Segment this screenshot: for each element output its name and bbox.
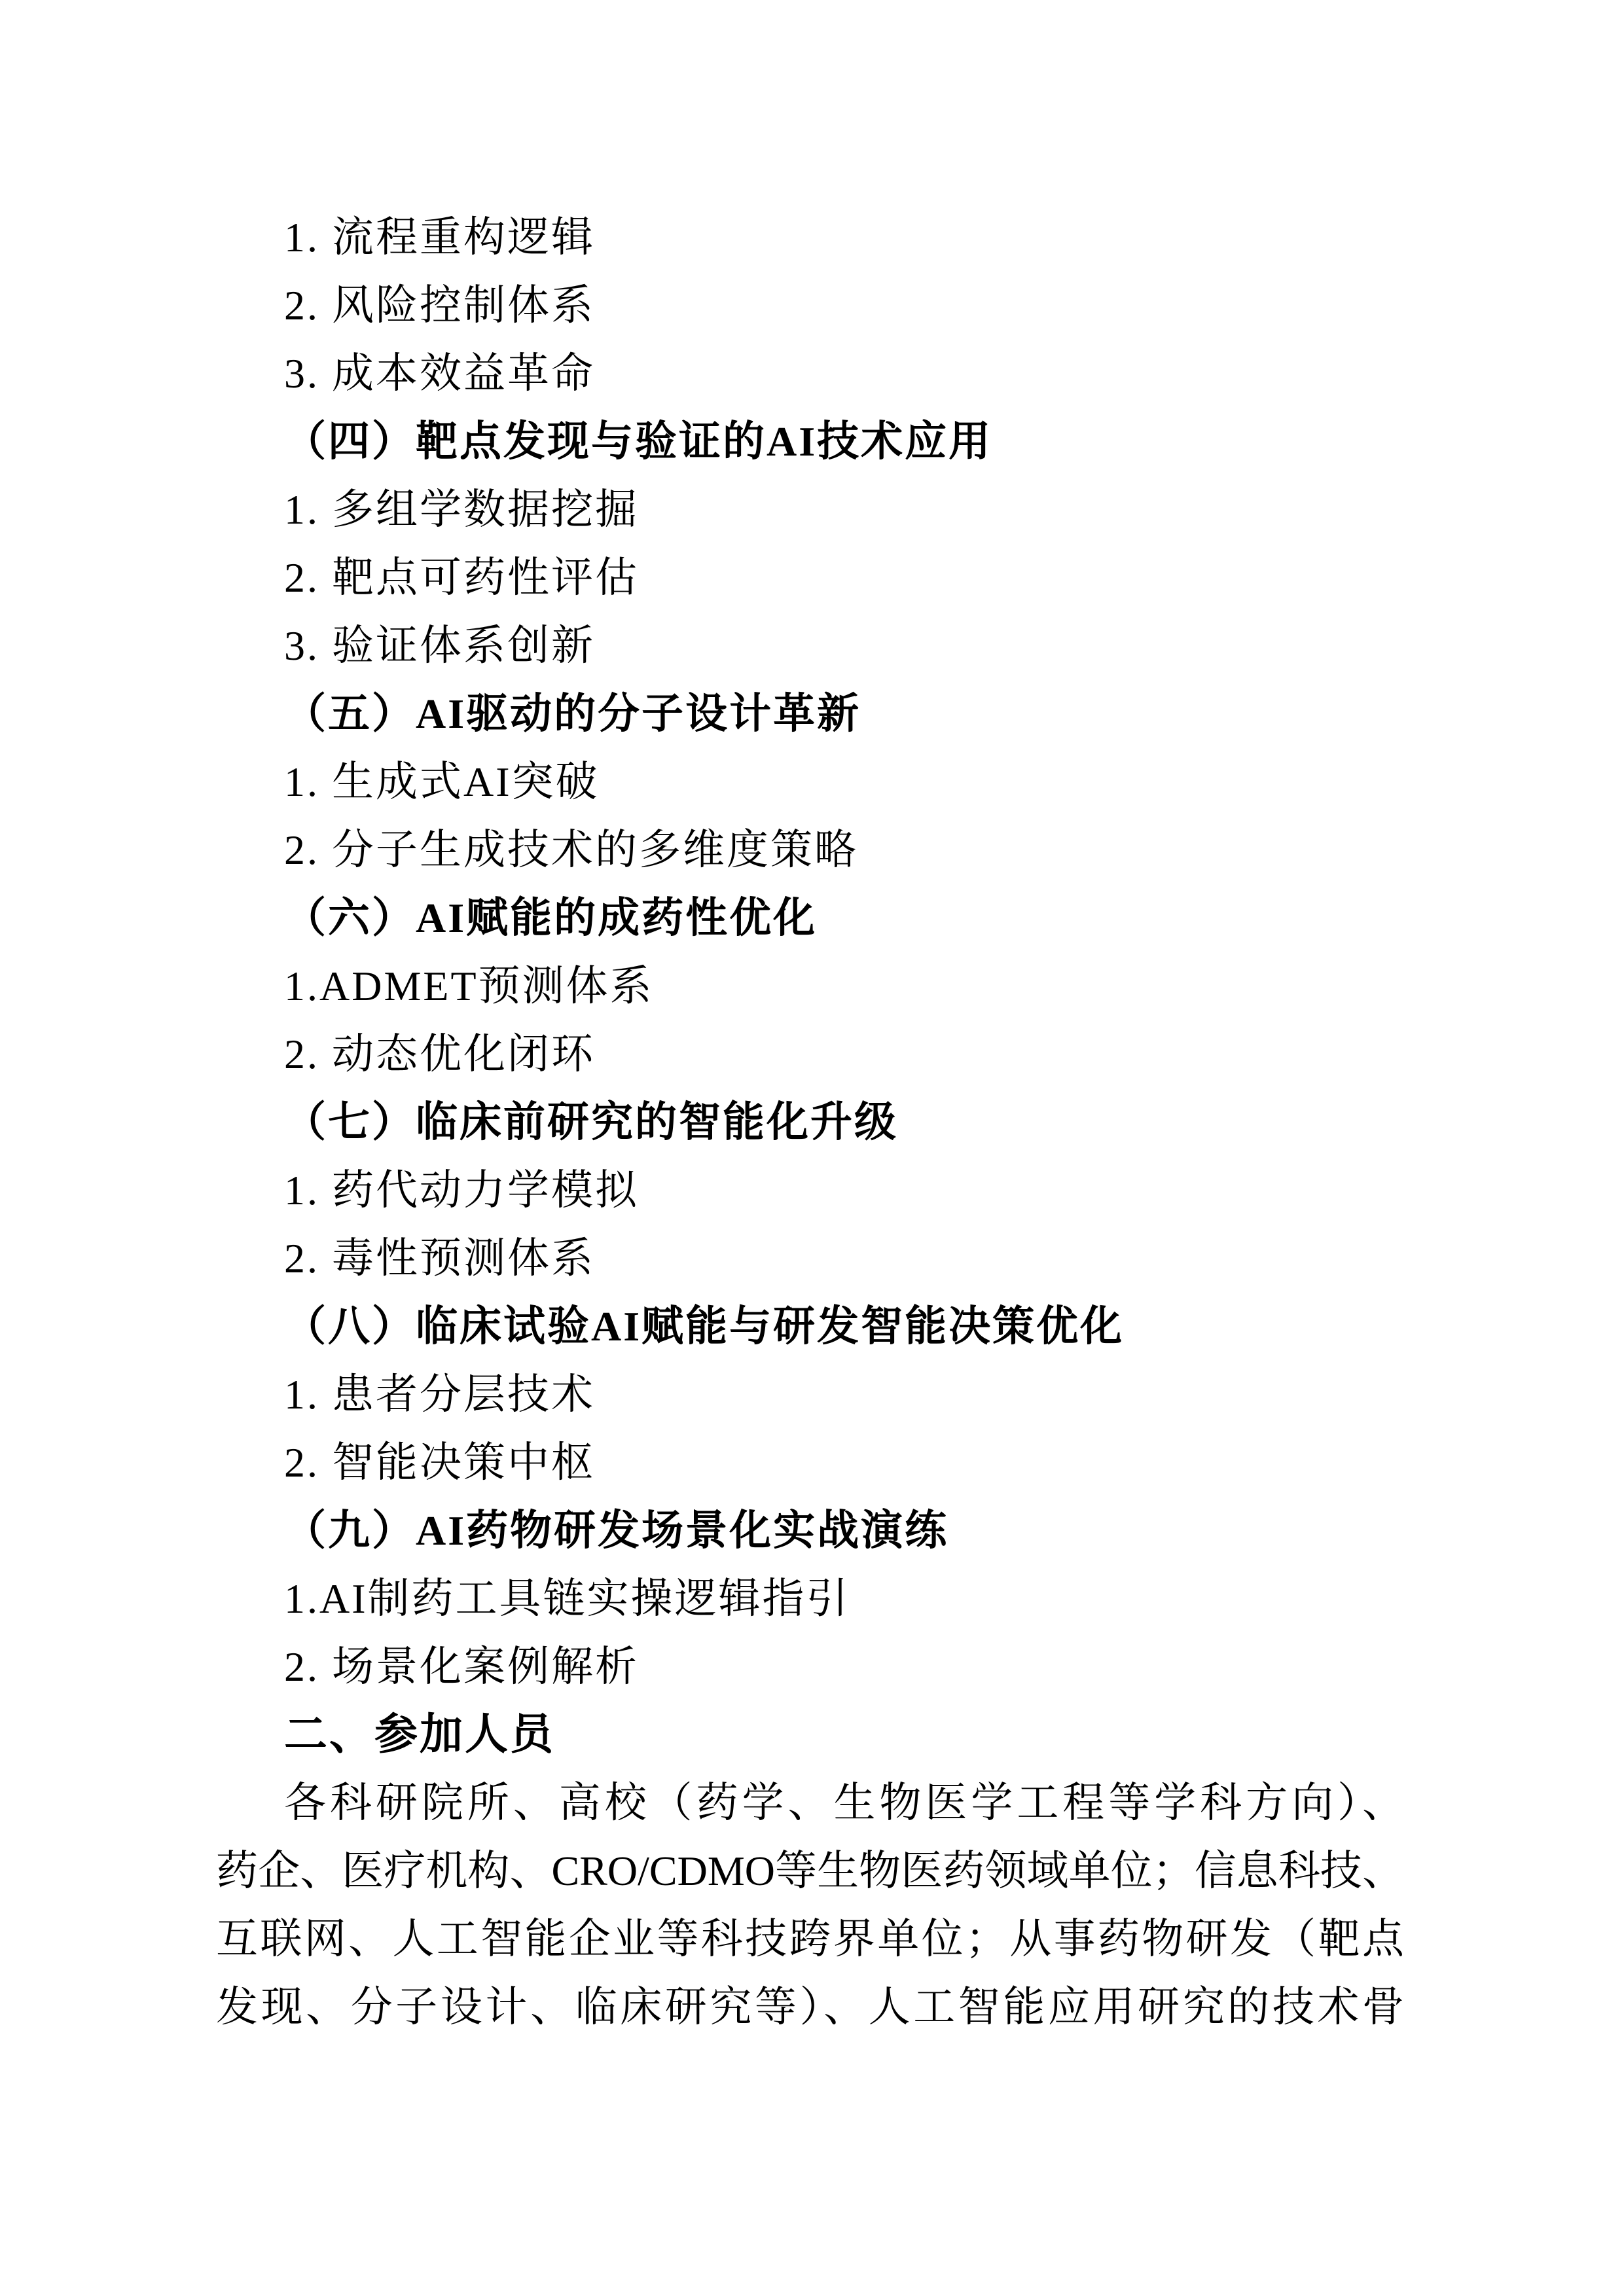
outline-item: 2. 分子生成技术的多维度策略 (216, 816, 1404, 884)
outline-item: 3. 成本效益革命 (216, 340, 1404, 408)
section-heading: （六）AI赋能的成药性优化 (216, 884, 1404, 952)
section-heading: （五）AI驱动的分子设计革新 (216, 680, 1404, 748)
outline-item: 2. 风险控制体系 (216, 272, 1404, 340)
chapter-heading: 二、参加人员 (216, 1701, 1404, 1769)
outline-item: 1. 患者分层技术 (216, 1361, 1404, 1429)
outline-item: 1.AI制药工具链实操逻辑指引 (216, 1565, 1404, 1633)
outline-item: 2. 靶点可药性评估 (216, 544, 1404, 612)
section-heading: （七）临床前研究的智能化升级 (216, 1088, 1404, 1157)
document-page: 1. 流程重构逻辑 2. 风险控制体系 3. 成本效益革命 （四）靶点发现与验证… (0, 0, 1624, 2296)
section-heading: （四）靶点发现与验证的AI技术应用 (216, 408, 1404, 476)
paragraph-line: 互联网、人工智能企业等科技跨界单位；从事药物研发（靶点 (216, 1905, 1404, 1973)
section-heading: （八）临床试验AI赋能与研发智能决策优化 (216, 1293, 1404, 1361)
outline-item: 2. 智能决策中枢 (216, 1429, 1404, 1497)
paragraph-line: 药企、医疗机构、CRO/CDMO等生物医药领域单位；信息科技、 (216, 1837, 1404, 1905)
outline-item: 2. 动态优化闭环 (216, 1020, 1404, 1088)
document-body: 1. 流程重构逻辑 2. 风险控制体系 3. 成本效益革命 （四）靶点发现与验证… (216, 204, 1404, 2041)
outline-item: 2. 场景化案例解析 (216, 1633, 1404, 1701)
outline-item: 2. 毒性预测体系 (216, 1225, 1404, 1293)
outline-item: 1. 药代动力学模拟 (216, 1157, 1404, 1225)
outline-item: 1.ADMET预测体系 (216, 952, 1404, 1020)
outline-item: 1. 流程重构逻辑 (216, 204, 1404, 272)
outline-item: 1. 生成式AI突破 (216, 748, 1404, 816)
paragraph-line: 发现、分子设计、临床研究等）、人工智能应用研究的技术骨 (216, 1973, 1404, 2041)
outline-item: 1. 多组学数据挖掘 (216, 476, 1404, 544)
outline-item: 3. 验证体系创新 (216, 612, 1404, 680)
paragraph-line: 各科研院所、高校（药学、生物医学工程等学科方向）、 (216, 1769, 1404, 1837)
section-heading: （九）AI药物研发场景化实战演练 (216, 1497, 1404, 1565)
